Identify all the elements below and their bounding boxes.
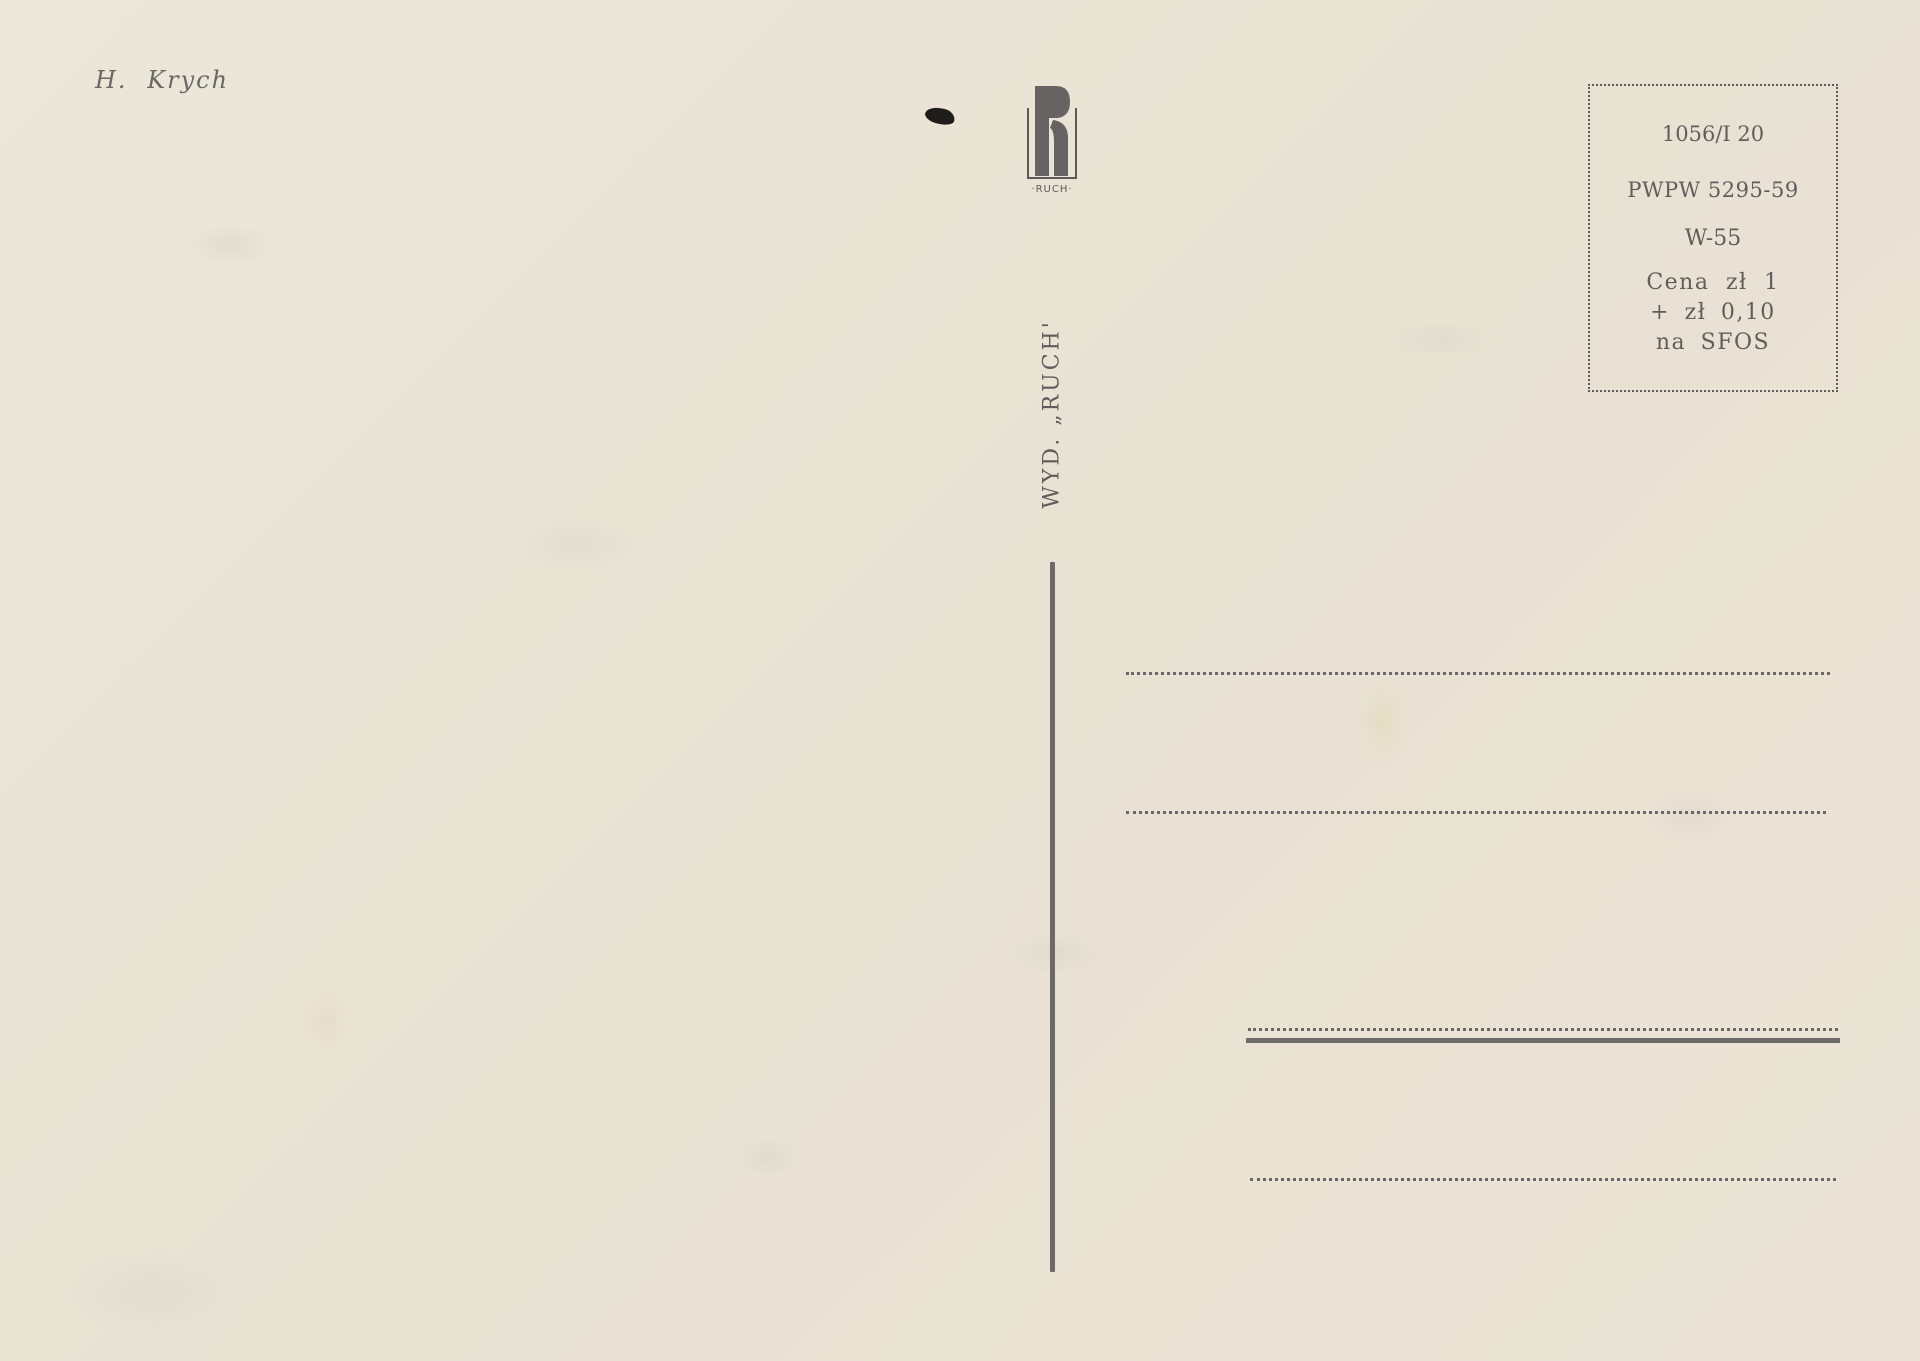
- ruch-r-icon: [1026, 84, 1078, 182]
- ruch-logo-label: ·RUCH·: [1026, 184, 1078, 195]
- artist-credit: H. Krych: [95, 66, 229, 94]
- center-divider: [1050, 562, 1055, 1272]
- address-line-1: [1126, 672, 1830, 675]
- address-line-2: [1126, 811, 1826, 814]
- catalog-number: 1056/I 20: [1590, 122, 1836, 146]
- address-underline: [1246, 1038, 1840, 1043]
- surcharge-purpose: na SFOS: [1590, 330, 1836, 355]
- ruch-logo: ·RUCH·: [1026, 84, 1078, 196]
- price-line: Cena zł 1: [1590, 270, 1836, 295]
- address-line-3: [1248, 1028, 1838, 1031]
- surcharge-line: + zł 0,10: [1590, 300, 1836, 325]
- series-code: W-55: [1590, 226, 1836, 251]
- ink-stain: [924, 105, 957, 128]
- stamp-box: 1056/I 20 PWPW 5295-59 W-55 Cena zł 1 + …: [1588, 84, 1838, 392]
- publisher-imprint: WYD. „RUCH': [1040, 319, 1065, 509]
- address-line-4: [1250, 1178, 1836, 1181]
- print-code: PWPW 5295-59: [1590, 178, 1836, 202]
